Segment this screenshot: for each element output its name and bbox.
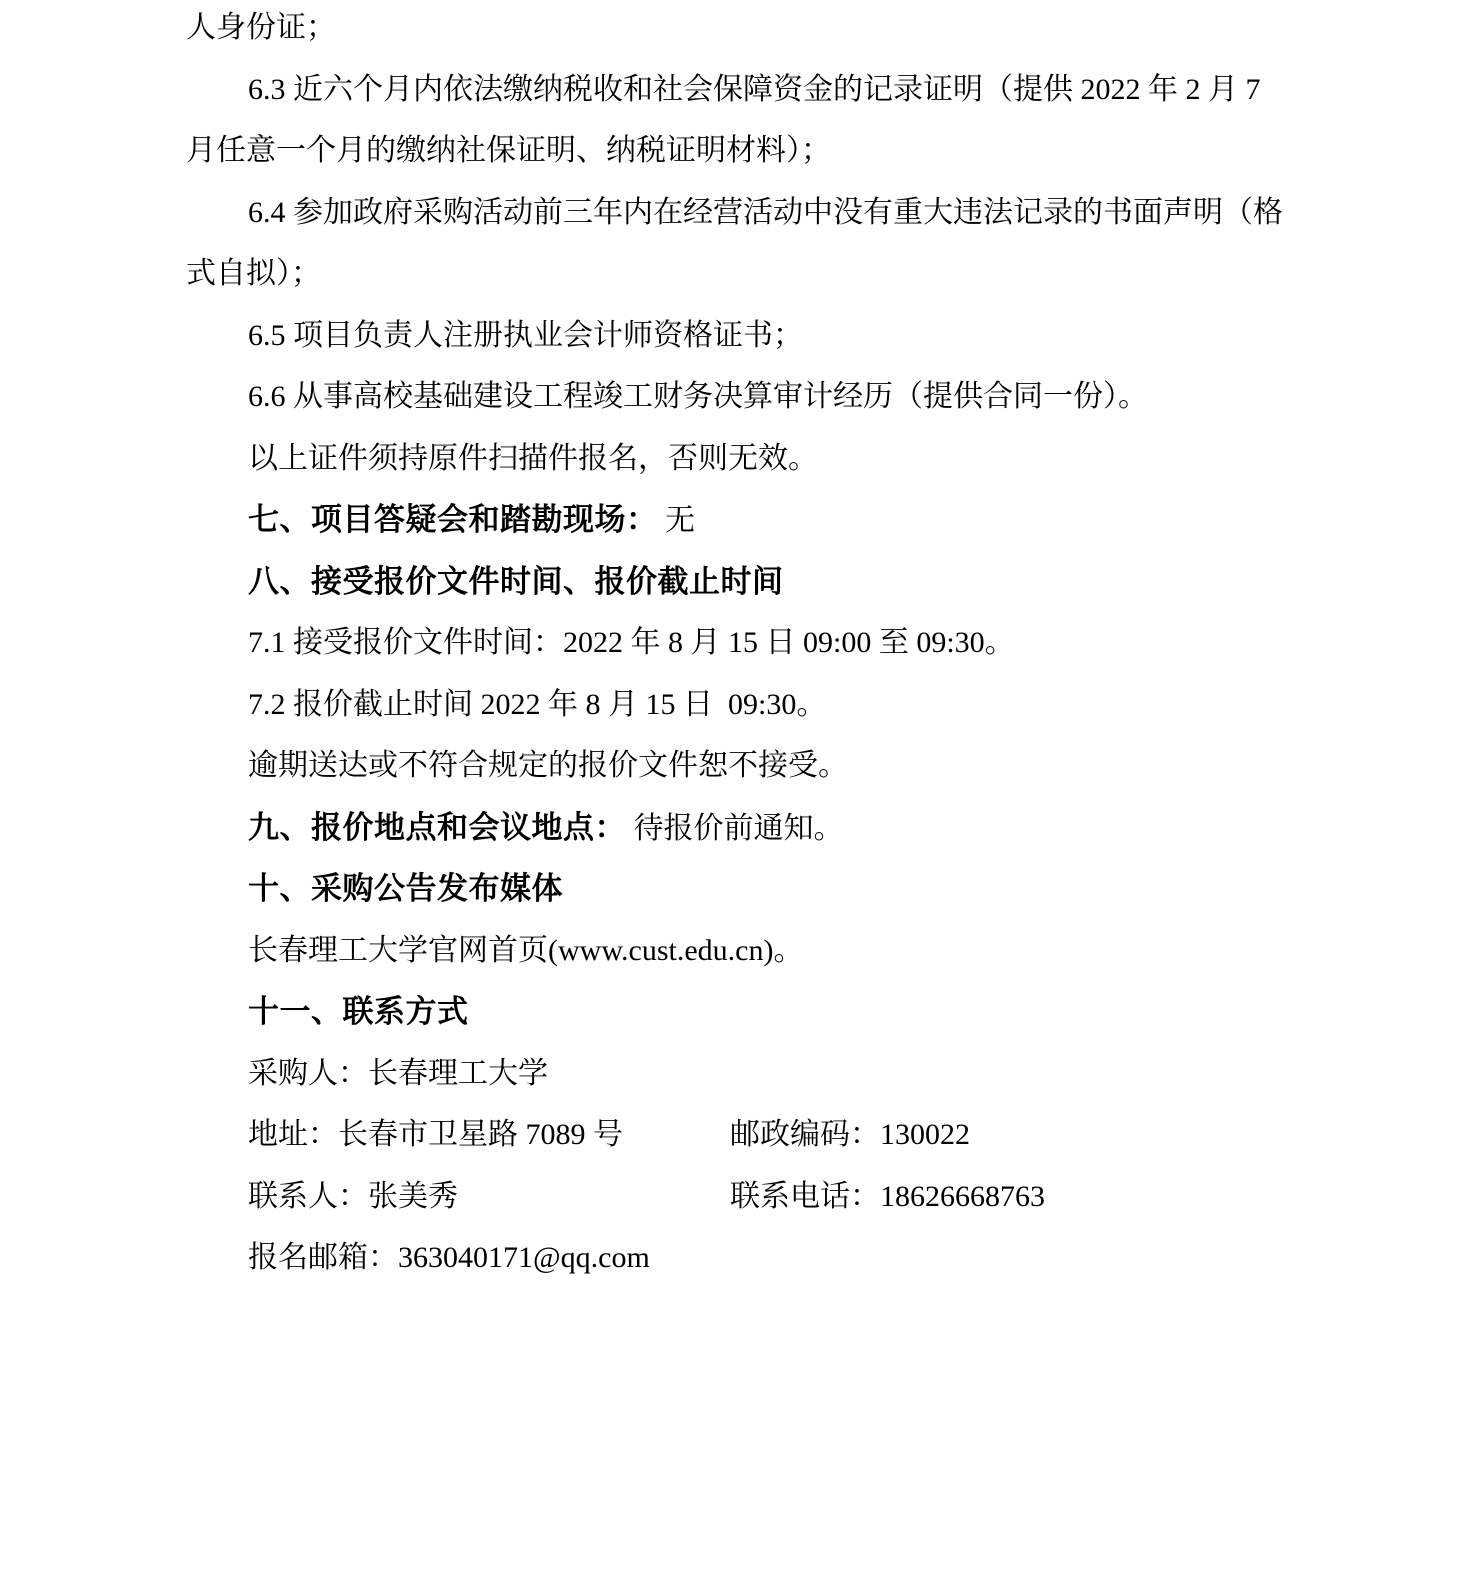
contact-left-column: 联系人：张美秀: [248, 1166, 730, 1228]
document-content: 人身份证；6.3 近六个月内依法缴纳税收和社会保障资金的记录证明（提供 2022…: [186, 0, 1346, 1289]
paragraph-line: 逾期送达或不符合规定的报价文件恕不接受。: [186, 735, 1346, 797]
paragraph-line: 人身份证；: [186, 0, 1346, 59]
paragraph-line: 采购人：长春理工大学: [186, 1043, 1346, 1105]
section-heading: 十一、联系方式: [186, 981, 1346, 1043]
document-page: 人身份证；6.3 近六个月内依法缴纳税收和社会保障资金的记录证明（提供 2022…: [0, 0, 1466, 1595]
paragraph-line: 报名邮箱：363040171@qq.com: [186, 1227, 1346, 1289]
section-heading: 九、报价地点和会议地点： 待报价前通知。: [186, 797, 1346, 859]
heading-trailing-text: 无: [658, 504, 696, 537]
paragraph-line: 6.3 近六个月内依法缴纳税收和社会保障资金的记录证明（提供 2022 年 2 …: [186, 59, 1346, 121]
paragraph-line: 7.1 接受报价文件时间：2022 年 8 月 15 日 09:00 至 09:…: [186, 612, 1346, 674]
contact-right-column: 邮政编码：130022: [730, 1118, 970, 1151]
heading-trailing-text: 待报价前通知。: [626, 812, 844, 845]
paragraph-line: 6.6 从事高校基础建设工程竣工财务决算审计经历（提供合同一份）。: [186, 366, 1346, 428]
contact-right-column: 联系电话：18626668763: [730, 1180, 1045, 1213]
heading-bold-text: 十、采购公告发布媒体: [248, 871, 563, 906]
section-heading: 十、采购公告发布媒体: [186, 858, 1346, 920]
paragraph-line: 式自拟）；: [186, 243, 1346, 305]
paragraph-line: 6.5 项目负责人注册执业会计师资格证书；: [186, 305, 1346, 367]
paragraph-line: 地址：长春市卫星路 7089 号邮政编码：130022: [186, 1104, 1346, 1166]
paragraph-line: 月任意一个月的缴纳社保证明、纳税证明材料）；: [186, 120, 1346, 182]
paragraph-line: 联系人：张美秀联系电话：18626668763: [186, 1166, 1346, 1228]
paragraph-line: 长春理工大学官网首页(www.cust.edu.cn)。: [186, 920, 1346, 982]
paragraph-line: 以上证件须持原件扫描件报名，否则无效。: [186, 428, 1346, 490]
section-heading: 七、项目答疑会和踏勘现场： 无: [186, 489, 1346, 551]
heading-bold-text: 十一、联系方式: [248, 994, 469, 1029]
paragraph-line: 6.4 参加政府采购活动前三年内在经营活动中没有重大违法记录的书面声明（格: [186, 182, 1346, 244]
section-heading: 八、接受报价文件时间、报价截止时间: [186, 551, 1346, 613]
paragraph-line: 7.2 报价截止时间 2022 年 8 月 15 日 09:30。: [186, 674, 1346, 736]
heading-bold-text: 七、项目答疑会和踏勘现场：: [248, 502, 658, 537]
heading-bold-text: 九、报价地点和会议地点：: [248, 810, 626, 845]
contact-left-column: 地址：长春市卫星路 7089 号: [248, 1104, 730, 1166]
heading-bold-text: 八、接受报价文件时间、报价截止时间: [248, 564, 784, 599]
